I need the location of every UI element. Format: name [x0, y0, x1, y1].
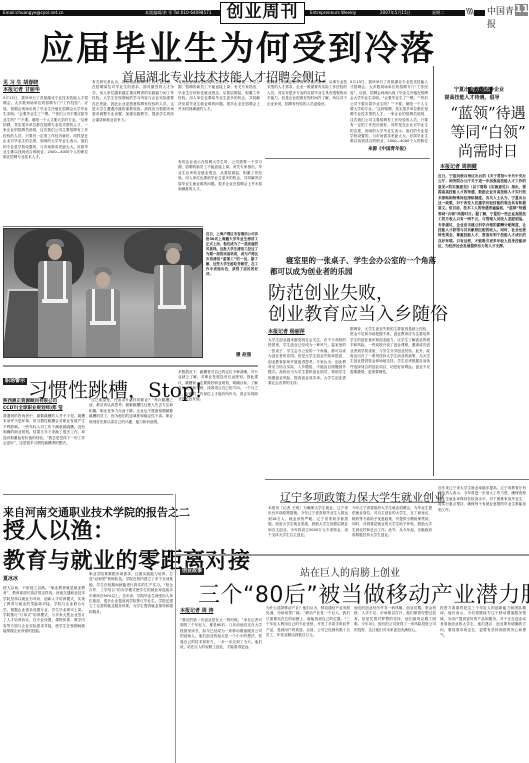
section-tag: 职场警示: [3, 378, 27, 385]
fail-headline: 防范创业失败， 创业教育应当入乡随俗: [268, 283, 448, 325]
ningxia-byline: 本报记者 周润健: [440, 164, 477, 171]
stop-bylines: 陕西鼎正资源顾问有限公司 CCDT(全球职业规划师)郑 莹: [3, 398, 85, 412]
giant-column-4: 投资方看重的是这三个年轻人的创新能力和团队精神。他们表示，今后将继续专注于移动增…: [440, 606, 526, 763]
ningxia-kicker: 宁夏出台政策引导企业 提高技能人才待遇，倡导: [440, 86, 504, 102]
divider: [176, 554, 529, 556]
section-tag: 创业故事: [180, 568, 204, 575]
masthead-email: Email:chuangye@cyol.net.cn: [3, 9, 64, 17]
fail-kicker: 寝室里的一张桌子、学生会办公室的一个角落 都可以成为创业者的乐园: [270, 255, 436, 277]
stop-column-3: 多数情况下，跳槽者对自己的定位不够清晰，对行业缺乏了解，对职业发展没有长远规划。…: [178, 370, 258, 495]
training-byline: 夏冰冰: [3, 576, 18, 583]
lead-column-5: 5月13日，我所举行了首届湖北专业技术技能人才招聘会。大多数到场单位的招聘专门“…: [350, 80, 428, 144]
column-divider: [175, 494, 176, 763]
fail-prev-column: 有的企业表示在招聘大学生时，公司需要一个学习期，招聘的新员工不能直接上岗。有关专…: [178, 160, 262, 224]
stop-column-1: 我遇到的咨询者中，频繁跳槽的人并不少见。跳槽本身并不是坏事，但习惯性跳槽会对职业…: [3, 414, 85, 490]
stop-byline-1: 陕西鼎正资源顾问有限公司: [3, 398, 85, 405]
giant-kicker: 站在巨人的肩膀上创业: [300, 564, 400, 579]
news-photo: [3, 228, 203, 358]
fail-column-2: 据调查，大学生创业失败的主要原因是缺乏经验、资金不足和市场把握不准。创业教育应当…: [350, 327, 430, 475]
liaoning-column-3: 近年来辽宁省大学生就业率稳步提高。辽宁省教育厅有关负责人表示，今年将进一步加大工…: [438, 486, 526, 550]
lead-headline: 应届毕业生为何受到冷落: [40, 30, 436, 68]
ningxia-kicker-line2: 提高技能人才待遇，倡导: [440, 94, 504, 102]
divider: [265, 479, 529, 480]
liaoning-column-1: 本报讯（记者 王明）为确保大学生就业，辽宁省出台多项政策措施。今年辽宁省高校毕业…: [268, 506, 348, 550]
training-headline: 授人以渔： 教育与就业的零距离对接: [3, 517, 251, 577]
fail-byline: 本报记者 杨丽萍: [268, 329, 305, 336]
ningxia-headline-line2: 等同“白领”: [450, 123, 526, 142]
fail-kicker-line2: 都可以成为创业者的乐园: [270, 266, 436, 277]
ningxia-headline: “蓝领”待遇 等同“白领” 尚需时日: [450, 104, 526, 161]
giant-headline: 三个“80后”被当做移动产业潜力股: [198, 578, 529, 609]
training-column-1: 授人以鱼，不如授之以渔。“职业教育就是就业教育”，教育部部长周济曾这样说。河南交…: [3, 586, 85, 762]
photo-caption: 近日，上海卢湾区市容清洁公司首批30名上海籍大学毕业生清洁工正式上岗，他们成为了…: [206, 232, 258, 348]
lead-bylines: 见 习 生 胡春晓 本报记者 甘丽华: [3, 80, 88, 94]
liaoning-headline: 辽宁多项政策力保大学生就业创业: [280, 489, 445, 505]
lead-column-2: 有关研究者认为，高校以此招聘员工的专业性质，在招聘岗位对毕业生的需求。面对激烈的…: [92, 80, 174, 224]
masthead-weekday: 星期二: [432, 9, 444, 17]
lead-byline-1: 见 习 生 胡春晓: [3, 80, 88, 87]
divider: [3, 494, 173, 495]
page-number: 11: [515, 4, 528, 16]
masthead-editor-phone: 本版编辑/余 军 Tel:010-64098571: [145, 9, 212, 17]
stop-tag: 职场警示: [3, 367, 27, 386]
divider: [3, 365, 258, 367]
slash-decoration-icon: \\\\: [465, 7, 474, 16]
photo-credit: 摄 赵强: [236, 352, 251, 358]
liaoning-column-2: 今年辽宁省将组织大学生就业招聘会，为毕业生提供就业岗位。对自主创业的大学生，在工…: [352, 506, 432, 550]
giant-tag: 创业故事: [180, 557, 204, 576]
ningxia-headline-line3: 尚需时日: [450, 142, 526, 161]
giant-column-3: 他们的创业经历并非一帆风顺。创业初期，资金短缺、人手不足、市场难以打开，他们都曾…: [354, 606, 436, 763]
divider: [265, 158, 430, 159]
ningxia-body: 近日，宁夏回族自治区出台的《关于贯彻<中共中央办公厅、国务院办公厅关于进一步加强…: [438, 174, 526, 474]
divider: [3, 226, 203, 227]
giant-byline: 本报记者 周 涛: [180, 608, 213, 615]
lead-column-1: 5月13日，我所举行了首届湖北专业技术技能人才招聘会。大多数到场单位的招聘专门“…: [3, 96, 88, 224]
lead-byline-2: 本报记者 甘丽华: [3, 87, 88, 94]
ningxia-kicker-line1: 宁夏出台政策引导企业: [440, 86, 504, 94]
masthead-date: 2007年5月15日: [380, 9, 411, 17]
fail-kicker-line1: 寝室里的一张桌子、学生会办公室的一个角落: [270, 255, 436, 266]
stop-byline-2: CCDT(全球职业规划师)郑 莹: [3, 405, 85, 412]
training-column-2: 职业学院要紧跟市场需求，注重实践能力培养，打造“双师型”教师队伍。学院在校内建立…: [89, 572, 173, 762]
training-headline-line1: 授人以渔：: [3, 517, 251, 547]
ningxia-headline-line1: “蓝领”待遇: [450, 104, 526, 123]
stop-column-2: “自己要清楚，在追求什么样的职业？”每次跳槽之前，都应该认真思考。频繁跳槽往往使…: [89, 398, 173, 490]
fail-headline-line1: 防范创业失败，: [268, 283, 448, 304]
giant-column-1: “我们的第一次创业是在大一的时候。”坐在记者对面的三个年轻人，都是80后。几年前…: [180, 618, 262, 763]
lead-source: 来源《中国青年报》: [368, 146, 409, 152]
giant-column-2: 为什么选择移动产业？他们认为，移动通信产业发展迅速，市场前景广阔。“移动产业是一…: [266, 606, 350, 763]
section-title: 创业周刊: [220, 2, 305, 24]
masthead-english-title: Entrepreneurs Weekly: [310, 9, 356, 17]
fail-headline-line2: 创业教育应当入乡随俗: [268, 304, 448, 325]
lead-column-4: 招聘会上有的企业对用人单位的要求，从事专业技术型的人才需求，企业一般需要有实际工…: [267, 80, 347, 152]
fail-column-1: 大学生创业越来越受到社会关注，在不少高校的校园里，学生创业已经成为一种风气。寝室…: [268, 338, 346, 475]
